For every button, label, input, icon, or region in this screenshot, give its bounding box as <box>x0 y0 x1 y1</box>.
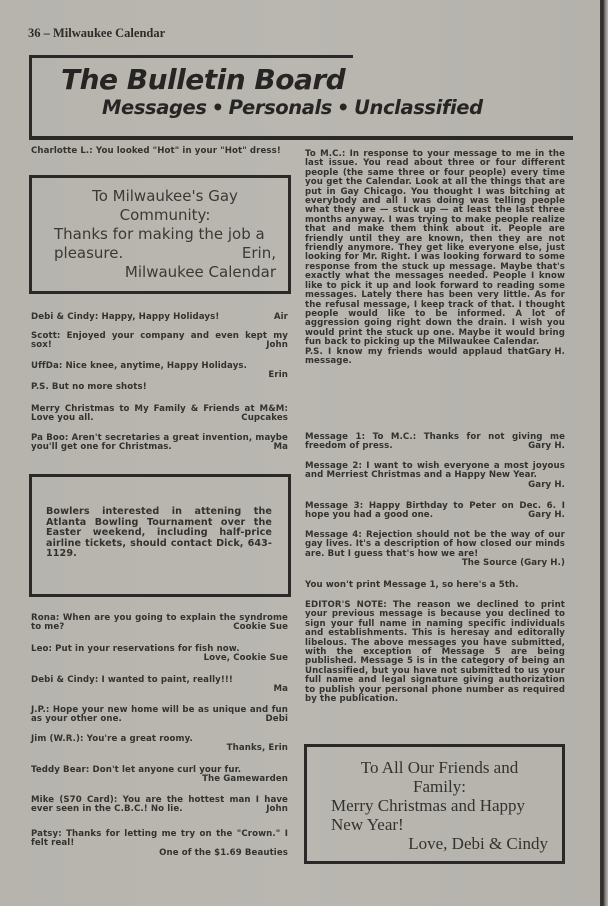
message-debi-cindy-paint: Debi & Cindy: I wanted to paint, really!… <box>31 676 288 695</box>
message-to-mc: To M.C.: In response to your message to … <box>305 150 565 366</box>
message-2: Message 2: I want to wish everyone a mos… <box>305 462 565 490</box>
subtitle-personals: Personals <box>229 96 332 119</box>
page-gutter-shadow <box>600 0 608 906</box>
message-patsy: Patsy: Thanks for letting me try on the … <box>31 830 288 858</box>
message-jim: Jim (W.R.): You're a great roomy. Thanks… <box>31 735 288 754</box>
message-mike: Mike (S70 Card): You are the hottest man… <box>31 796 288 815</box>
ad-box-friends-family: To All Our Friends and Family: Merry Chr… <box>304 744 565 864</box>
masthead-bottom-rule <box>29 136 573 140</box>
ad-box-bowlers: Bowlers interested in attening the Atlan… <box>29 474 291 597</box>
message-pa-boo: Pa Boo: Aren't secretaries a great inven… <box>31 434 288 453</box>
subtitle-unclassified: Unclassified <box>354 96 483 119</box>
masthead: The Bulletin Board Messages•Personals•Un… <box>29 55 573 139</box>
message-leo: Leo: Put in your reservations for fish n… <box>31 645 288 664</box>
message-1: Message 1: To M.C.: Thanks for not givin… <box>305 433 565 452</box>
page-folio: 36 – Milwaukee Calendar <box>28 26 165 41</box>
editors-note: EDITOR'S NOTE: The reason we declined to… <box>305 601 565 704</box>
bullet-separator: • <box>337 96 349 119</box>
bullet-separator: • <box>212 96 224 119</box>
message-jp: J.P.: Hope your new home will be as uniq… <box>31 706 288 725</box>
newspaper-page: 36 – Milwaukee Calendar The Bulletin Boa… <box>0 0 600 906</box>
message-4: Message 4: Rejection should not be the w… <box>305 531 565 569</box>
message-5-note: You won't print Message 1, so here's a 5… <box>305 581 565 590</box>
message-merry-christmas: Merry Christmas to My Family & Friends a… <box>31 405 288 424</box>
message-charlotte: Charlotte L.: You looked "Hot" in your "… <box>31 147 288 156</box>
message-scott: Scott: Enjoyed your company and even kep… <box>31 332 288 351</box>
subtitle-messages: Messages <box>102 96 207 119</box>
section-title: The Bulletin Board <box>61 63 345 96</box>
message-uffda: UffDa: Nice knee, anytime, Happy Holiday… <box>31 362 288 381</box>
masthead-top-rule <box>29 55 353 58</box>
bowlers-text: Bowlers interested in attening the Atlan… <box>46 507 272 560</box>
message-teddy-bear: Teddy Bear: Don't let anyone curl your f… <box>31 766 288 785</box>
message-ps: P.S. But no more shots! <box>31 383 288 392</box>
section-subtitle: Messages•Personals•Unclassified <box>102 96 483 119</box>
message-3: Message 3: Happy Birthday to Peter on De… <box>305 502 565 521</box>
masthead-left-rule <box>29 55 32 140</box>
message-debi-cindy: Debi & Cindy: Happy, Happy Holidays!Air <box>31 313 288 322</box>
message-rona: Rona: When are you going to explain the … <box>31 614 288 633</box>
ad-box-gay-community: To Milwaukee's Gay Community: Thanks for… <box>29 175 291 294</box>
